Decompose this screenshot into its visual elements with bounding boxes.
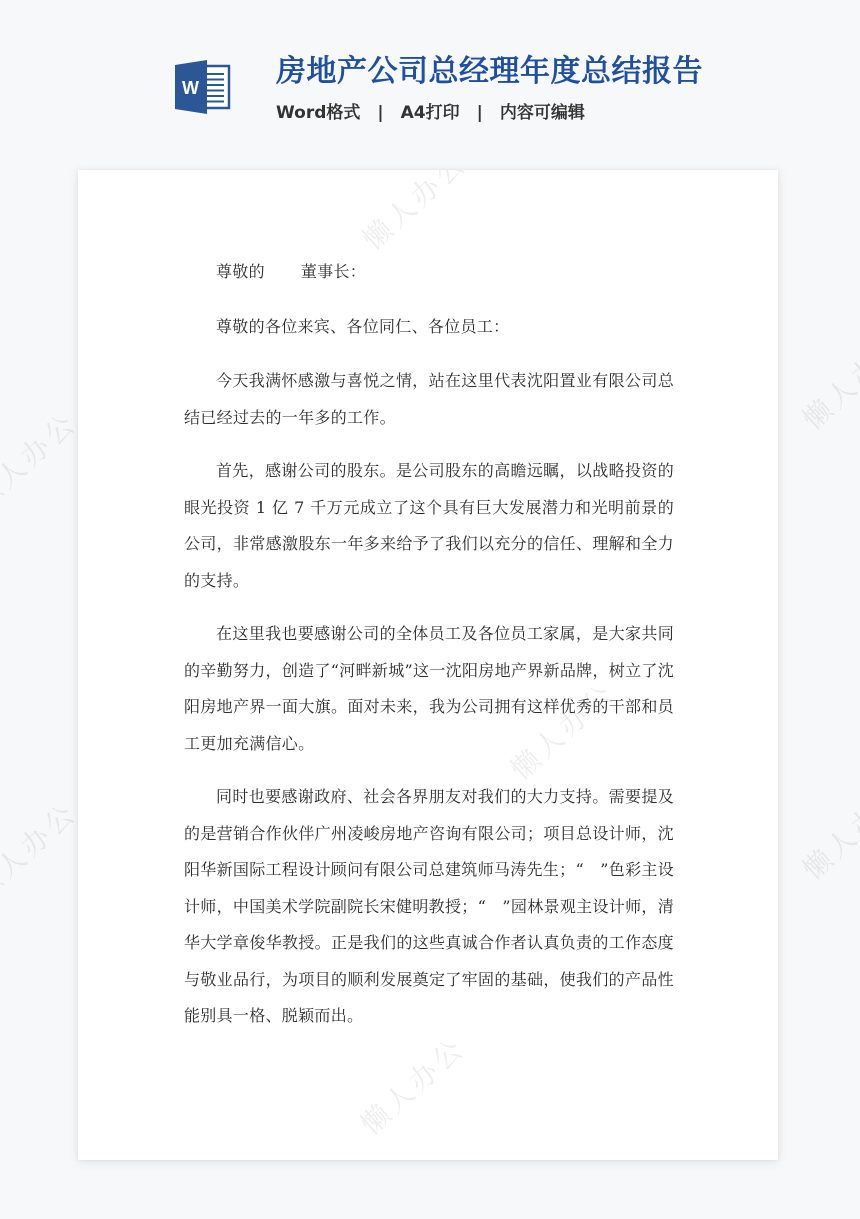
page-title: 房地产公司总经理年度总结报告 xyxy=(276,52,703,92)
watermark: 懒人办公 xyxy=(0,792,85,907)
paragraph: 在这里我也要感谢公司的全体员工及各位员工家属，是大家共同的辛勤努力，创造了“河畔… xyxy=(184,616,674,762)
watermark: 懒人办公 xyxy=(793,772,860,887)
format-info: Word格式|A4打印|内容可编辑 xyxy=(276,101,585,125)
document-body: 尊敬的董事长： 尊敬的各位来宾、各位同仁、各位员工： 今天我满怀感激与喜悦之情，… xyxy=(184,254,674,1052)
format-a4-label: A4打印 xyxy=(401,103,460,123)
word-document-icon: W xyxy=(175,60,231,114)
watermark: 懒人办公 xyxy=(353,170,475,258)
paragraph: 同时也要感谢政府、社会各界朋友对我们的大力支持。需要提及的是营销合作伙伴广州凌峻… xyxy=(184,779,674,1035)
separator: | xyxy=(477,101,483,125)
watermark: 懒人办公 xyxy=(0,402,85,517)
greeting-chairman: 尊敬的董事长： xyxy=(184,254,674,291)
svg-text:W: W xyxy=(182,78,199,98)
format-word-label: Word格式 xyxy=(276,103,360,123)
greeting-guests: 尊敬的各位来宾、各位同仁、各位员工： xyxy=(184,309,674,346)
format-editable-label: 内容可编辑 xyxy=(500,103,585,123)
header: W 房地产公司总经理年度总结报告 Word格式|A4打印|内容可编辑 xyxy=(0,0,860,160)
paragraph: 今天我满怀感激与喜悦之情，站在这里代表沈阳置业有限公司总结已经过去的一年多的工作… xyxy=(184,363,674,436)
document-page: 懒人办公 懒人办公 懒人办公 尊敬的董事长： 尊敬的各位来宾、各位同仁、各位员工… xyxy=(78,170,778,1160)
separator: | xyxy=(377,101,383,125)
paragraph: 首先，感谢公司的股东。是公司股东的高瞻远瞩，以战略投资的眼光投资 1 亿 7 千… xyxy=(184,453,674,599)
watermark: 懒人办公 xyxy=(793,322,860,437)
